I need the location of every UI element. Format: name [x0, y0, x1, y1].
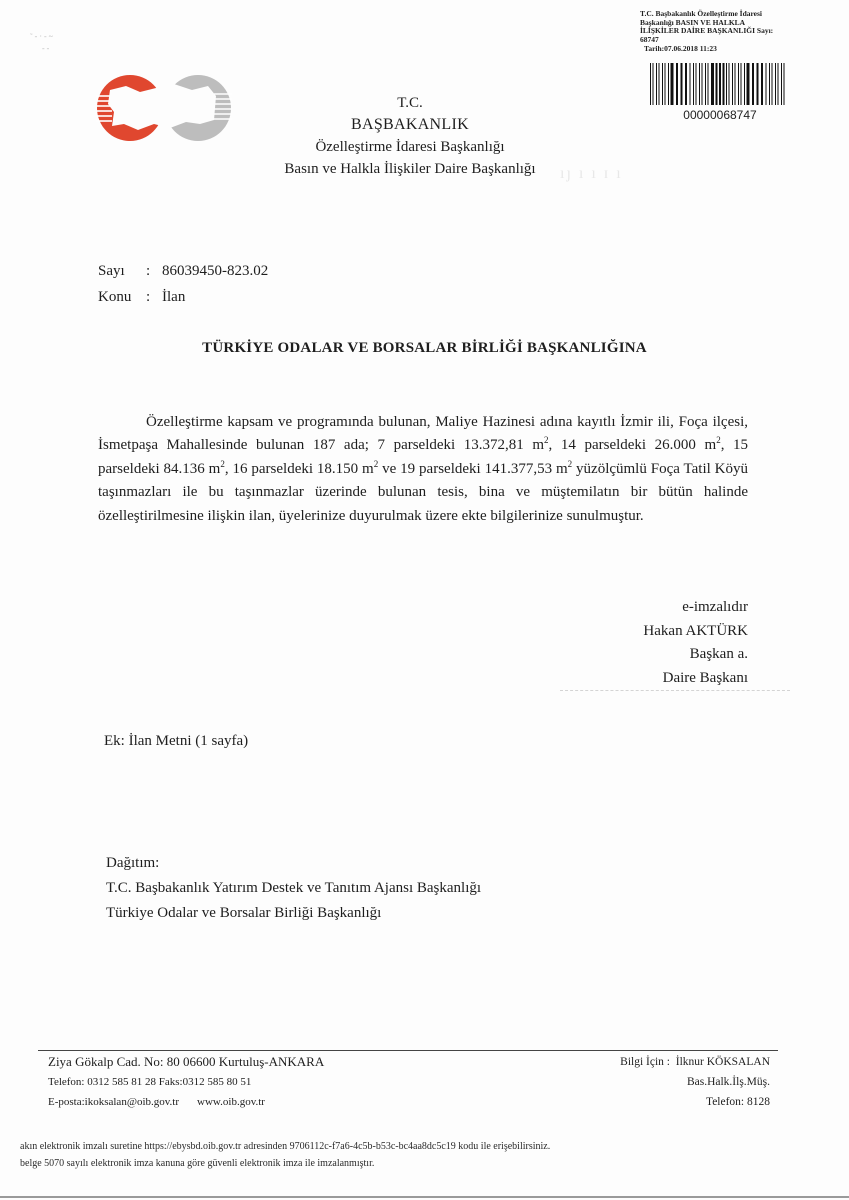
body-text: , 16 parseldeki 18.150 m: [225, 461, 374, 477]
separator: :: [146, 258, 162, 284]
info-phone: Telefon: 8128: [560, 1092, 770, 1112]
footer-info: Bilgi İçin : İlknur KÖKSALAN Bas.Halk.İl…: [560, 1052, 770, 1112]
registry-stamp: T.C. Başbakanlık Özelleştirme İdaresi Ba…: [640, 10, 790, 54]
page-edge: [0, 1196, 849, 1198]
body-paragraph: Özelleştirme kapsam ve programında bulun…: [98, 411, 748, 528]
letterhead-line: BAŞBAKANLIK: [230, 114, 590, 136]
separator: :: [146, 284, 162, 310]
footer-website[interactable]: www.oib.gov.tr: [197, 1096, 265, 1108]
oib-logo-icon: [96, 68, 232, 148]
konu-value: İlan: [162, 284, 185, 310]
footer-divider: [38, 1050, 778, 1051]
disclaimer-line: akın elektronik imzalı suretine https://…: [20, 1138, 550, 1155]
letterhead-line: Özelleştirme İdaresi Başkanlığı: [230, 136, 590, 158]
distribution-list: Dağıtım: T.C. Başbakanlık Yatırım Destek…: [106, 851, 481, 926]
distribution-item: T.C. Başbakanlık Yatırım Destek ve Tanıt…: [106, 876, 481, 901]
sayi-label: Sayı: [98, 258, 146, 284]
footer-phone-fax: Telefon: 0312 585 81 28 Faks:0312 585 80…: [48, 1072, 324, 1092]
stamp-line: 68747: [640, 36, 790, 45]
footer-contact: Ziya Gökalp Cad. No: 80 06600 Kurtuluş-A…: [48, 1052, 324, 1112]
signature-block: e-imzalıdır Hakan AKTÜRK Başkan a. Daire…: [560, 596, 748, 690]
scan-artifact: ‐ ‐: [42, 44, 49, 53]
barcode-number: 00000068747: [650, 108, 790, 122]
letterhead: T.C. BAŞBAKANLIK Özelleştirme İdaresi Ba…: [230, 92, 590, 180]
e-signature-disclaimer: akın elektronik imzalı suretine https://…: [20, 1138, 550, 1172]
footer-email[interactable]: E-posta:ikoksalan@oib.gov.tr: [48, 1096, 179, 1108]
body-text: , 14 parseldeki 26.000 m: [549, 437, 717, 453]
sayi-value: 86039450-823.02: [162, 258, 268, 284]
konu-label: Konu: [98, 284, 146, 310]
info-name: İlknur KÖKSALAN: [676, 1056, 770, 1068]
info-title: Bas.Halk.İlş.Müş.: [560, 1072, 770, 1092]
footer-address: Ziya Gökalp Cad. No: 80 06600 Kurtuluş-A…: [48, 1052, 324, 1072]
document-meta: Sayı : 86039450-823.02 Konu : İlan: [98, 258, 268, 310]
letterhead-line: Basın ve Halkla İlişkiler Daire Başkanlı…: [230, 158, 590, 180]
disclaimer-line: belge 5070 sayılı elektronik imza kanuna…: [20, 1155, 550, 1172]
distribution-item: Türkiye Odalar ve Borsalar Birliği Başka…: [106, 901, 481, 926]
distribution-title: Dağıtım:: [106, 851, 481, 876]
signer-title: Daire Başkanı: [560, 667, 748, 691]
signer-name: Hakan AKTÜRK: [560, 620, 748, 644]
stamp-date: Tarih:07.06.2018 11:23: [644, 45, 790, 54]
signature-line: Başkan a.: [560, 643, 748, 667]
recipient-heading: TÜRKİYE ODALAR VE BORSALAR BİRLİĞİ BAŞKA…: [0, 340, 849, 357]
letterhead-line: T.C.: [230, 92, 590, 114]
divider: [560, 690, 790, 691]
info-label: Bilgi İçin :: [620, 1056, 670, 1068]
scan-artifact: ˜ ‐ · ‐ ~: [30, 32, 53, 41]
body-text: ve 19 parseldeki 141.377,53 m: [378, 461, 567, 477]
barcode-icon: [650, 63, 788, 105]
signature-line: e-imzalıdır: [560, 596, 748, 620]
stamp-line: İLİŞKİLER DAİRE BAŞKANLIĞI Sayı:: [640, 27, 790, 36]
attachment-note: Ek: İlan Metni (1 sayfa): [104, 733, 248, 750]
